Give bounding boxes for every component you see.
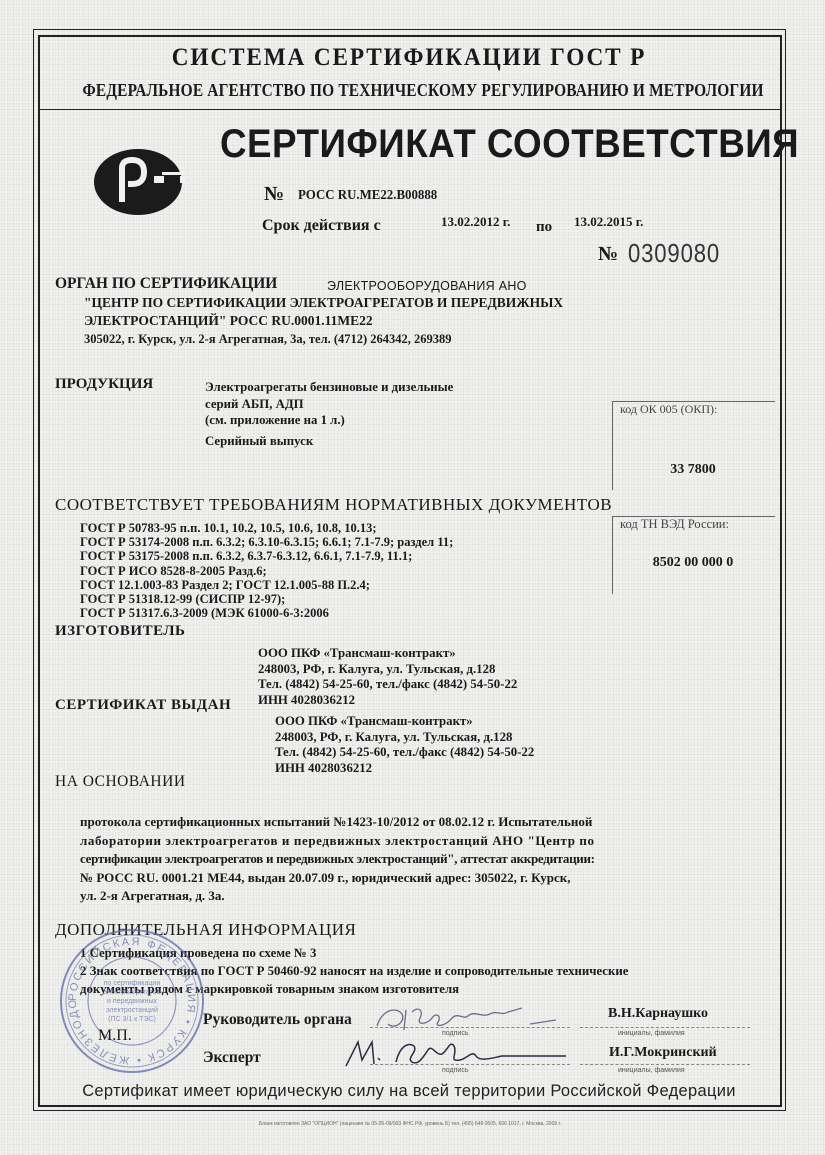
okp-code-value: 33 7800	[612, 462, 774, 478]
valid-from-date: 13.02.2012 г.	[441, 214, 510, 230]
product-release-type: Серийный выпуск	[205, 433, 313, 450]
basis-text: протокола сертификационных испытаний №14…	[80, 813, 754, 906]
product-line3: (см. приложение на 1 л.)	[205, 412, 453, 429]
certificate-number: РОСС RU.МЕ22.В00888	[298, 188, 437, 204]
manufacturer-inn: ИНН 4028036212	[258, 693, 517, 709]
standard-item: ГОСТ Р 50783-95 п.п. 10.1, 10.2, 10.5, 1…	[80, 521, 453, 535]
round-seal-stamp-icon: РОССИЙСКАЯ ФЕДЕРАЦИЯ • КУРСК • ЖЕЛЕЗНОДО…	[58, 927, 206, 1075]
head-role-label: Руководитель органа	[203, 1011, 352, 1029]
svg-text:по сертификации: по сертификации	[104, 980, 161, 987]
standard-item: ГОСТ Р 53174-2008 п.п. 6.3.2; 6.3.10-6.3…	[80, 535, 453, 549]
issued-to-heading: СЕРТИФИКАТ ВЫДАН	[55, 697, 231, 714]
issued-to-details: ООО ПКФ «Трансмаш-контракт» 248003, РФ, …	[275, 714, 534, 776]
standard-item: ГОСТ Р 51318.12-99 (СИСПР 12-97);	[80, 592, 453, 606]
certification-body-address: 305022, г. Курск, ул. 2-я Агрегатная, 3а…	[84, 330, 563, 348]
standard-item: ГОСТ Р 51317.6.3-2009 (МЭК 61000-6-3:200…	[80, 606, 453, 620]
head-name-caption: инициалы, фамилия	[618, 1030, 685, 1037]
svg-text:(ПС 3/1 к ТЭС): (ПС 3/1 к ТЭС)	[108, 1016, 156, 1023]
issued-to-name: ООО ПКФ «Трансмаш-контракт»	[275, 714, 534, 730]
basis-line: № РОСС RU. 0001.21 МЕ44, выдан 20.07.09 …	[80, 869, 754, 888]
svg-text:и передвижных: и передвижных	[107, 998, 157, 1005]
serial-number-sign: №	[598, 243, 618, 266]
manufacturer-address: 248003, РФ, г. Калуга, ул. Тульская, д.1…	[258, 662, 517, 678]
standards-list: ГОСТ Р 50783-95 п.п. 10.1, 10.2, 10.5, 1…	[80, 521, 453, 620]
basis-line: сертификации электроагрегатов и передвиж…	[80, 850, 754, 869]
manufacturer-details: ООО ПКФ «Трансмаш-контракт» 248003, РФ, …	[258, 646, 517, 708]
head-name: В.Н.Карнаушко	[608, 1006, 708, 1022]
system-title: СИСТЕМА СЕРТИФИКАЦИИ ГОСТ Р	[64, 44, 754, 72]
head-name-line	[580, 1027, 750, 1028]
number-sign: №	[264, 183, 284, 206]
expert-role-label: Эксперт	[203, 1049, 261, 1067]
agency-name: ФЕДЕРАЛЬНОЕ АГЕНТСТВО ПО ТЕХНИЧЕСКОМУ РЕ…	[83, 80, 736, 101]
validity-label: Срок действия с	[262, 217, 381, 235]
manufacturer-heading: ИЗГОТОВИТЕЛЬ	[55, 623, 185, 640]
valid-to-date: 13.02.2015 г.	[574, 214, 643, 230]
svg-text:электростанций: электростанций	[106, 1006, 158, 1014]
issued-to-inn: ИНН 4028036212	[275, 761, 534, 777]
standards-heading: СООТВЕТСТВУЕТ ТРЕБОВАНИЯМ НОРМАТИВНЫХ ДО…	[55, 495, 612, 515]
certification-body-heading: ОРГАН ПО СЕРТИФИКАЦИИ	[55, 275, 277, 293]
product-heading: ПРОДУКЦИЯ	[55, 376, 153, 393]
certificate-title: СЕРТИФИКАТ СООТВЕТСТВИЯ	[220, 122, 799, 167]
product-line2: серий АБП, АДП	[205, 396, 453, 413]
certification-body-line2: "ЦЕНТР ПО СЕРТИФИКАЦИИ ЭЛЕКТРОАГРЕГАТОВ …	[84, 294, 563, 312]
certification-body-details: "ЦЕНТР ПО СЕРТИФИКАЦИИ ЭЛЕКТРОАГРЕГАТОВ …	[84, 294, 563, 348]
issued-to-phone: Тел. (4842) 54-25-60, тел./факс (4842) 5…	[275, 745, 534, 761]
legal-validity-statement: Сертификат имеет юридическую силу на все…	[38, 1082, 780, 1101]
tnved-code-label: код ТН ВЭД России:	[620, 517, 729, 532]
product-line1: Электроагрегаты бензиновые и дизельные	[205, 379, 453, 396]
expert-name-caption: инициалы, фамилия	[618, 1067, 685, 1074]
manufacturer-phone: Тел. (4842) 54-25-60, тел./факс (4842) 5…	[258, 677, 517, 693]
expert-name-line	[580, 1064, 750, 1065]
stamp-place-label: М.П.	[98, 1027, 132, 1045]
basis-heading: НА ОСНОВАНИИ	[55, 773, 186, 791]
basis-line: протокола сертификационных испытаний №14…	[80, 813, 754, 832]
product-description: Электроагрегаты бензиновые и дизельные с…	[205, 379, 453, 429]
header-divider	[38, 109, 780, 110]
manufacturer-name: ООО ПКФ «Трансмаш-контракт»	[258, 646, 517, 662]
certification-body-line1: ЭЛЕКТРООБОРУДОВАНИЯ АНО	[327, 279, 527, 293]
okp-code-label: код ОК 005 (ОКП):	[620, 402, 717, 417]
basis-line: лаборатории электроагрегатов и передвижн…	[80, 832, 754, 851]
standard-item: ГОСТ Р ИСО 8528-8-2005 Разд.6;	[80, 564, 453, 578]
rst-logo-icon	[92, 146, 188, 216]
valid-to-label: по	[536, 219, 552, 236]
standard-item: ГОСТ Р 53175-2008 п.п. 6.3.2, 6.3.7-6.3.…	[80, 549, 453, 563]
standard-item: ГОСТ 12.1.003-83 Раздел 2; ГОСТ 12.1.005…	[80, 578, 453, 592]
basis-line: ул. 2-я Агрегатная, д. 3а.	[80, 887, 754, 906]
issued-to-address: 248003, РФ, г. Калуга, ул. Тульская, д.1…	[275, 730, 534, 746]
tnved-code-value: 8502 00 000 0	[612, 555, 774, 571]
svg-text:электроагрегатов: электроагрегатов	[104, 989, 161, 996]
printer-note: Бланк изготовлен ЗАО "ОПЦИОН" (лицензия …	[200, 1121, 620, 1127]
certification-body-line3: ЭЛЕКТРОСТАНЦИЙ" РОСС RU.0001.11МЕ22	[84, 312, 563, 330]
expert-signature-caption: подпись	[442, 1067, 468, 1074]
blank-serial-number: 0309080	[628, 238, 720, 269]
expert-name: И.Г.Мокринский	[609, 1045, 717, 1061]
